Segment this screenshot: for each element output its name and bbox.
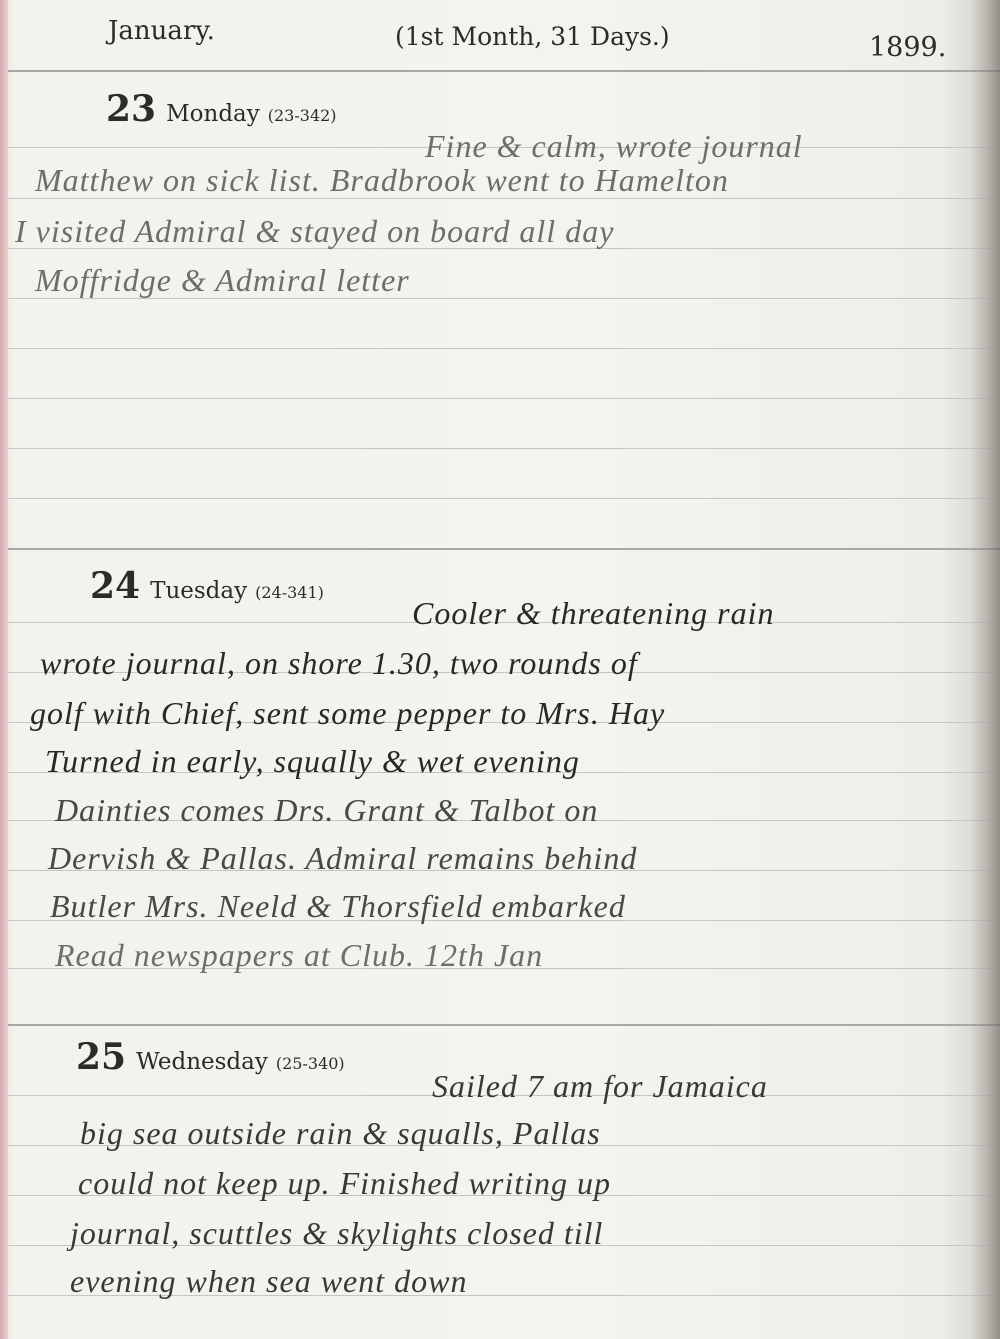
day-number: 25 — [76, 1036, 126, 1078]
handwritten-line: Matthew on sick list. Bradbrook went to … — [35, 162, 729, 199]
header-year: 1899. — [869, 32, 946, 63]
handwritten-line: I visited Admiral & stayed on board all … — [15, 213, 614, 250]
page-edge — [0, 0, 8, 1339]
handwritten-line: Dainties comes Drs. Grant & Talbot on — [55, 792, 598, 829]
day-count: (24-341) — [255, 583, 324, 602]
handwritten-line: Read newspapers at Club. 12th Jan — [55, 937, 543, 974]
page-header: January. (1st Month, 31 Days.) 1899. — [0, 12, 1000, 62]
handwritten-line: Dervish & Pallas. Admiral remains behind — [48, 840, 637, 877]
handwritten-line: big sea outside rain & squalls, Pallas — [80, 1115, 601, 1152]
weekday: Tuesday — [150, 578, 247, 604]
section-rule — [8, 1024, 1000, 1026]
day-count: (25-340) — [276, 1054, 345, 1073]
weekday: Wednesday — [136, 1049, 268, 1075]
handwritten-line: Butler Mrs. Neeld & Thorsfield embarked — [50, 888, 626, 925]
handwritten-line: journal, scuttles & skylights closed til… — [70, 1215, 603, 1252]
day-heading-25: 25Wednesday(25-340) — [76, 1036, 345, 1078]
header-month: January. — [108, 16, 215, 46]
handwritten-line: Moffridge & Admiral letter — [35, 262, 410, 299]
day-number: 24 — [90, 565, 140, 607]
handwritten-line: could not keep up. Finished writing up — [78, 1165, 611, 1202]
page-gutter-shadow — [970, 0, 1000, 1339]
ruled-line — [8, 348, 1000, 349]
diary-page: January. (1st Month, 31 Days.) 1899. 23M… — [0, 0, 1000, 1339]
day-number: 23 — [106, 88, 156, 130]
weekday: Monday — [166, 101, 260, 127]
day-heading-24: 24Tuesday(24-341) — [90, 565, 324, 607]
header-rule — [8, 70, 1000, 72]
handwritten-line: golf with Chief, sent some pepper to Mrs… — [30, 695, 665, 732]
handwritten-line: wrote journal, on shore 1.30, two rounds… — [40, 645, 638, 682]
handwritten-line: evening when sea went down — [70, 1263, 467, 1300]
handwritten-line: Turned in early, squally & wet evening — [45, 743, 580, 780]
section-rule — [8, 548, 1000, 550]
day-heading-23: 23Monday(23-342) — [106, 88, 337, 130]
header-month-info: (1st Month, 31 Days.) — [395, 22, 670, 51]
ruled-line — [8, 448, 1000, 449]
day-count: (23-342) — [268, 106, 337, 125]
ruled-line — [8, 398, 1000, 399]
handwritten-line: Sailed 7 am for Jamaica — [432, 1068, 768, 1105]
handwritten-line: Fine & calm, wrote journal — [425, 128, 803, 165]
handwritten-line: Cooler & threatening rain — [412, 595, 774, 632]
ruled-line — [8, 498, 1000, 499]
